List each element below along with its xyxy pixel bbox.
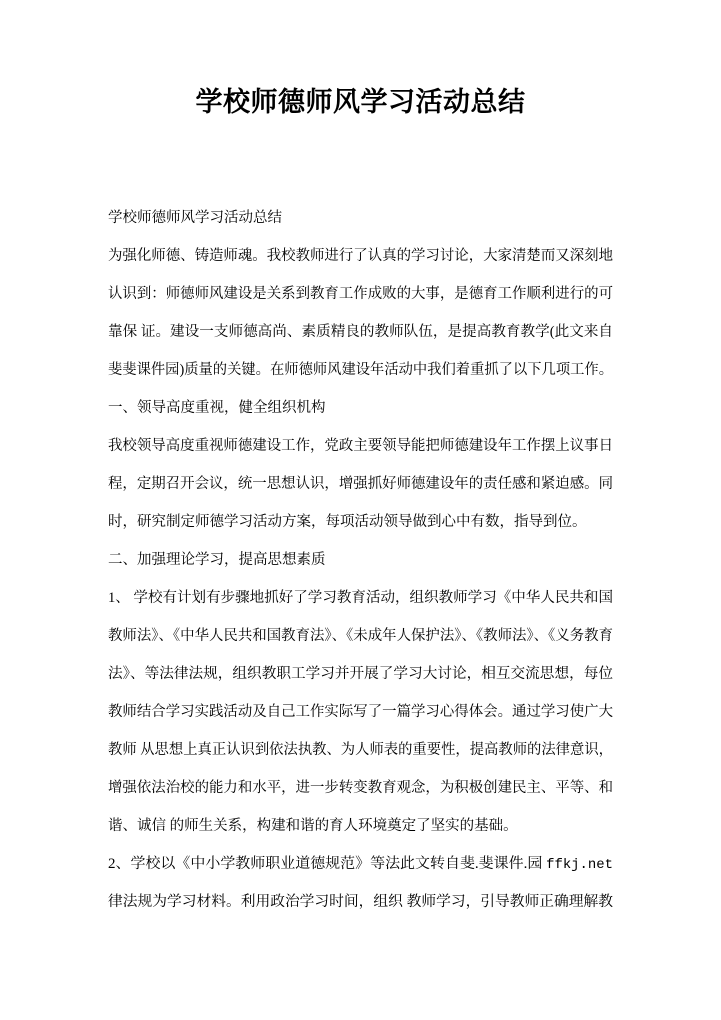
section-heading-two: 二、加强理论学习，提高思想素质 — [108, 541, 613, 579]
paragraph-line: 靠保 证。建设一支师德高尚、素质精良的教师队伍，是提高教育教学(此文来自 — [108, 313, 613, 351]
paragraph-line: 2、学校以《中小学教师职业道德规范》等法此文转自斐.斐课件.园 ffkj.net — [108, 845, 613, 883]
paragraph-line: 为强化师德、铸造师魂。我校教师进行了认真的学习讨论，大家清楚而又深刻地 — [108, 237, 613, 275]
document-body: 学校师德师风学习活动总结 为强化师德、铸造师魂。我校教师进行了认真的学习讨论，大… — [108, 199, 613, 921]
paragraph-text: 2、学校以《中小学教师职业道德规范》等法此文转自斐.斐课件.园 — [108, 856, 546, 872]
paragraph-line: 法》、等法律法规，组织教职工学习并开展了学习大讨论，相互交流思想，每位 — [108, 655, 613, 693]
paragraph-line: 教师 从思想上真正认识到依法执教、为人师表的重要性，提高教师的法律意识， — [108, 731, 613, 769]
document-title: 学校师德师风学习活动总结 — [0, 84, 721, 120]
section-heading-one: 一、领导高度重视，健全组织机构 — [108, 389, 613, 427]
document-page: 学校师德师风学习活动总结 学校师德师风学习活动总结 为强化师德、铸造师魂。我校教… — [0, 0, 721, 1020]
paragraph-line: 增强依法治校的能力和水平，进一步转变教育观念，为积极创建民主、平等、和 — [108, 769, 613, 807]
paragraph-line: 程，定期召开会议，统一思想认识，增强抓好师德建设年的责任感和紧迫感。同 — [108, 465, 613, 503]
paragraph-line: 谐、诚信 的师生关系，构建和谐的育人环境奠定了坚实的基础。 — [108, 807, 613, 845]
paragraph-line: 时，研究制定师德学习活动方案，每项活动领导做到心中有数，指导到位。 — [108, 503, 613, 541]
paragraph-line: 我校领导高度重视师德建设工作，党政主要领导能把师德建设年工作摆上议事日 — [108, 427, 613, 465]
body-title-line: 学校师德师风学习活动总结 — [108, 199, 613, 237]
paragraph-line: 教师结合学习实践活动及自己工作实际写了一篇学习心得体会。通过学习使广大 — [108, 693, 613, 731]
paragraph-line: 斐斐课件园)质量的关键。在师德师风建设年活动中我们着重抓了以下几项工作。 — [108, 351, 613, 389]
website-code-text: ffkj.net — [546, 858, 613, 873]
paragraph-line: 律法规为学习材料。利用政治学习时间，组织 教师学习，引导教师正确理解教 — [108, 883, 613, 921]
paragraph-line: 教师法》、《中华人民共和国教育法》、《未成年人保护法》、《教师法》、《义务教育 — [108, 617, 613, 655]
paragraph-line: 1、 学校有计划有步骤地抓好了学习教育活动，组织教师学习《中华人民共和国 — [108, 579, 613, 617]
paragraph-line: 认识到：师德师风建设是关系到教育工作成败的大事，是德育工作顺利进行的可 — [108, 275, 613, 313]
